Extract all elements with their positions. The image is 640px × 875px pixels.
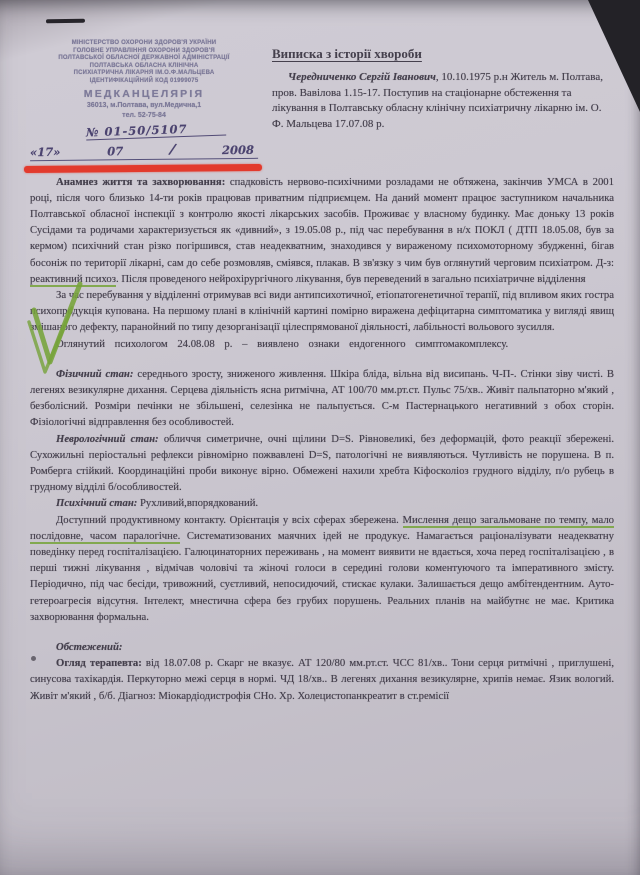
body-text: За час перебування у відділенні отримува…	[30, 289, 614, 333]
patient-intro: Чередниченко Сергій Іванович, 10.10.1975…	[272, 70, 614, 132]
red-marker-underline	[24, 164, 262, 173]
paragraph: Оглянутий психологом 24.08.08 р. – виявл…	[30, 336, 614, 352]
paragraph: Обстежений:	[30, 639, 614, 655]
paragraph: Неврологічний стан: обличчя симетричне, …	[30, 431, 614, 496]
body-text: спадковість нервово-психічними розладами…	[30, 176, 614, 269]
date-month: 07	[107, 144, 123, 158]
document-body: Анамнез життя та захворювання: спадковіс…	[0, 160, 640, 704]
document-header: МІНІСТЕРСТВО ОХОРОНИ ЗДОРОВ'Я УКРАЇНИГОЛ…	[0, 0, 640, 160]
hospital-stamp: МІНІСТЕРСТВО ОХОРОНИ ЗДОРОВ'Я УКРАЇНИГОЛ…	[30, 40, 258, 160]
document-photo: МІНІСТЕРСТВО ОХОРОНИ ЗДОРОВ'Я УКРАЇНИГОЛ…	[0, 0, 640, 875]
date-slash: /	[169, 141, 176, 158]
paper-sheet: МІНІСТЕРСТВО ОХОРОНИ ЗДОРОВ'Я УКРАЇНИГОЛ…	[0, 0, 640, 875]
stamp-lines: МІНІСТЕРСТВО ОХОРОНИ ЗДОРОВ'Я УКРАЇНИГОЛ…	[30, 40, 258, 86]
paragraph: За час перебування у відділенні отримува…	[30, 287, 614, 336]
handwritten-reg-number: № 01-50/5107	[86, 120, 226, 140]
body-text: Оглянутий психологом 24.08.08 р. – виявл…	[56, 338, 508, 350]
date-year: 2008	[222, 142, 254, 156]
stamp-org-name: МЕДКАНЦЕЛЯРІЯ	[30, 88, 258, 100]
section-heading: Анамнез життя та захворювання:	[56, 176, 225, 188]
stamp-phone: тел. 52-75-84	[30, 111, 258, 120]
patient-name: Чередниченко Сергій Іванович	[288, 71, 436, 83]
handwritten-date: «17» 07 / 2008	[30, 140, 258, 160]
body-text: Рухливий,впорядкований.	[137, 497, 258, 509]
paragraph: Доступний продуктивному контакту. Орієнт…	[30, 512, 614, 625]
paragraph: Психічний стан: Рухливий,впорядкований.	[30, 495, 614, 511]
stamp-line: МІНІСТЕРСТВО ОХОРОНИ ЗДОРОВ'Я УКРАЇНИ	[30, 40, 258, 48]
pen-dash-mark	[46, 19, 85, 24]
section-heading: Психічний стан:	[56, 497, 137, 509]
section-heading: Обстежений:	[56, 641, 122, 653]
stamp-address: 36013, м.Полтава, вул.Медична,1	[30, 101, 258, 110]
paragraph: Анамнез життя та захворювання: спадковіс…	[30, 174, 614, 287]
body-text: Систематизованих маячних ідей не продуку…	[30, 530, 614, 623]
page-title: Виписка з історії хвороби	[272, 46, 614, 62]
green-checkmark-icon	[24, 278, 86, 378]
header-right-column: Виписка з історії хвороби Чередниченко С…	[258, 40, 614, 160]
body-text: . Після проведеного нейрохірургічного лі…	[116, 273, 586, 285]
margin-pen-mark	[31, 656, 36, 661]
section-heading: Огляд терапевта:	[56, 657, 142, 669]
date-day: «17»	[30, 144, 61, 158]
section-heading: Неврологічний стан:	[56, 433, 159, 445]
body-text: Доступний продуктивному контакту. Орієнт…	[56, 514, 403, 526]
stamp-line: ПСИХІАТРИЧНА ЛІКАРНЯ ІМ.О.Ф.МАЛЬЦЕВА	[30, 70, 258, 78]
stamp-line: ПОЛТАВСЬКОЇ ОБЛАСНОЇ ДЕРЖАВНОЇ АДМІНІСТР…	[30, 55, 258, 63]
paragraph: Фізичний стан: середнього зросту, знижен…	[30, 366, 614, 431]
stamp-line: ІДЕНТИФІКАЦІЙНИЙ КОД 01999075	[30, 78, 258, 86]
paragraph: Огляд терапевта: від 18.07.08 р. Скарг н…	[30, 655, 614, 704]
